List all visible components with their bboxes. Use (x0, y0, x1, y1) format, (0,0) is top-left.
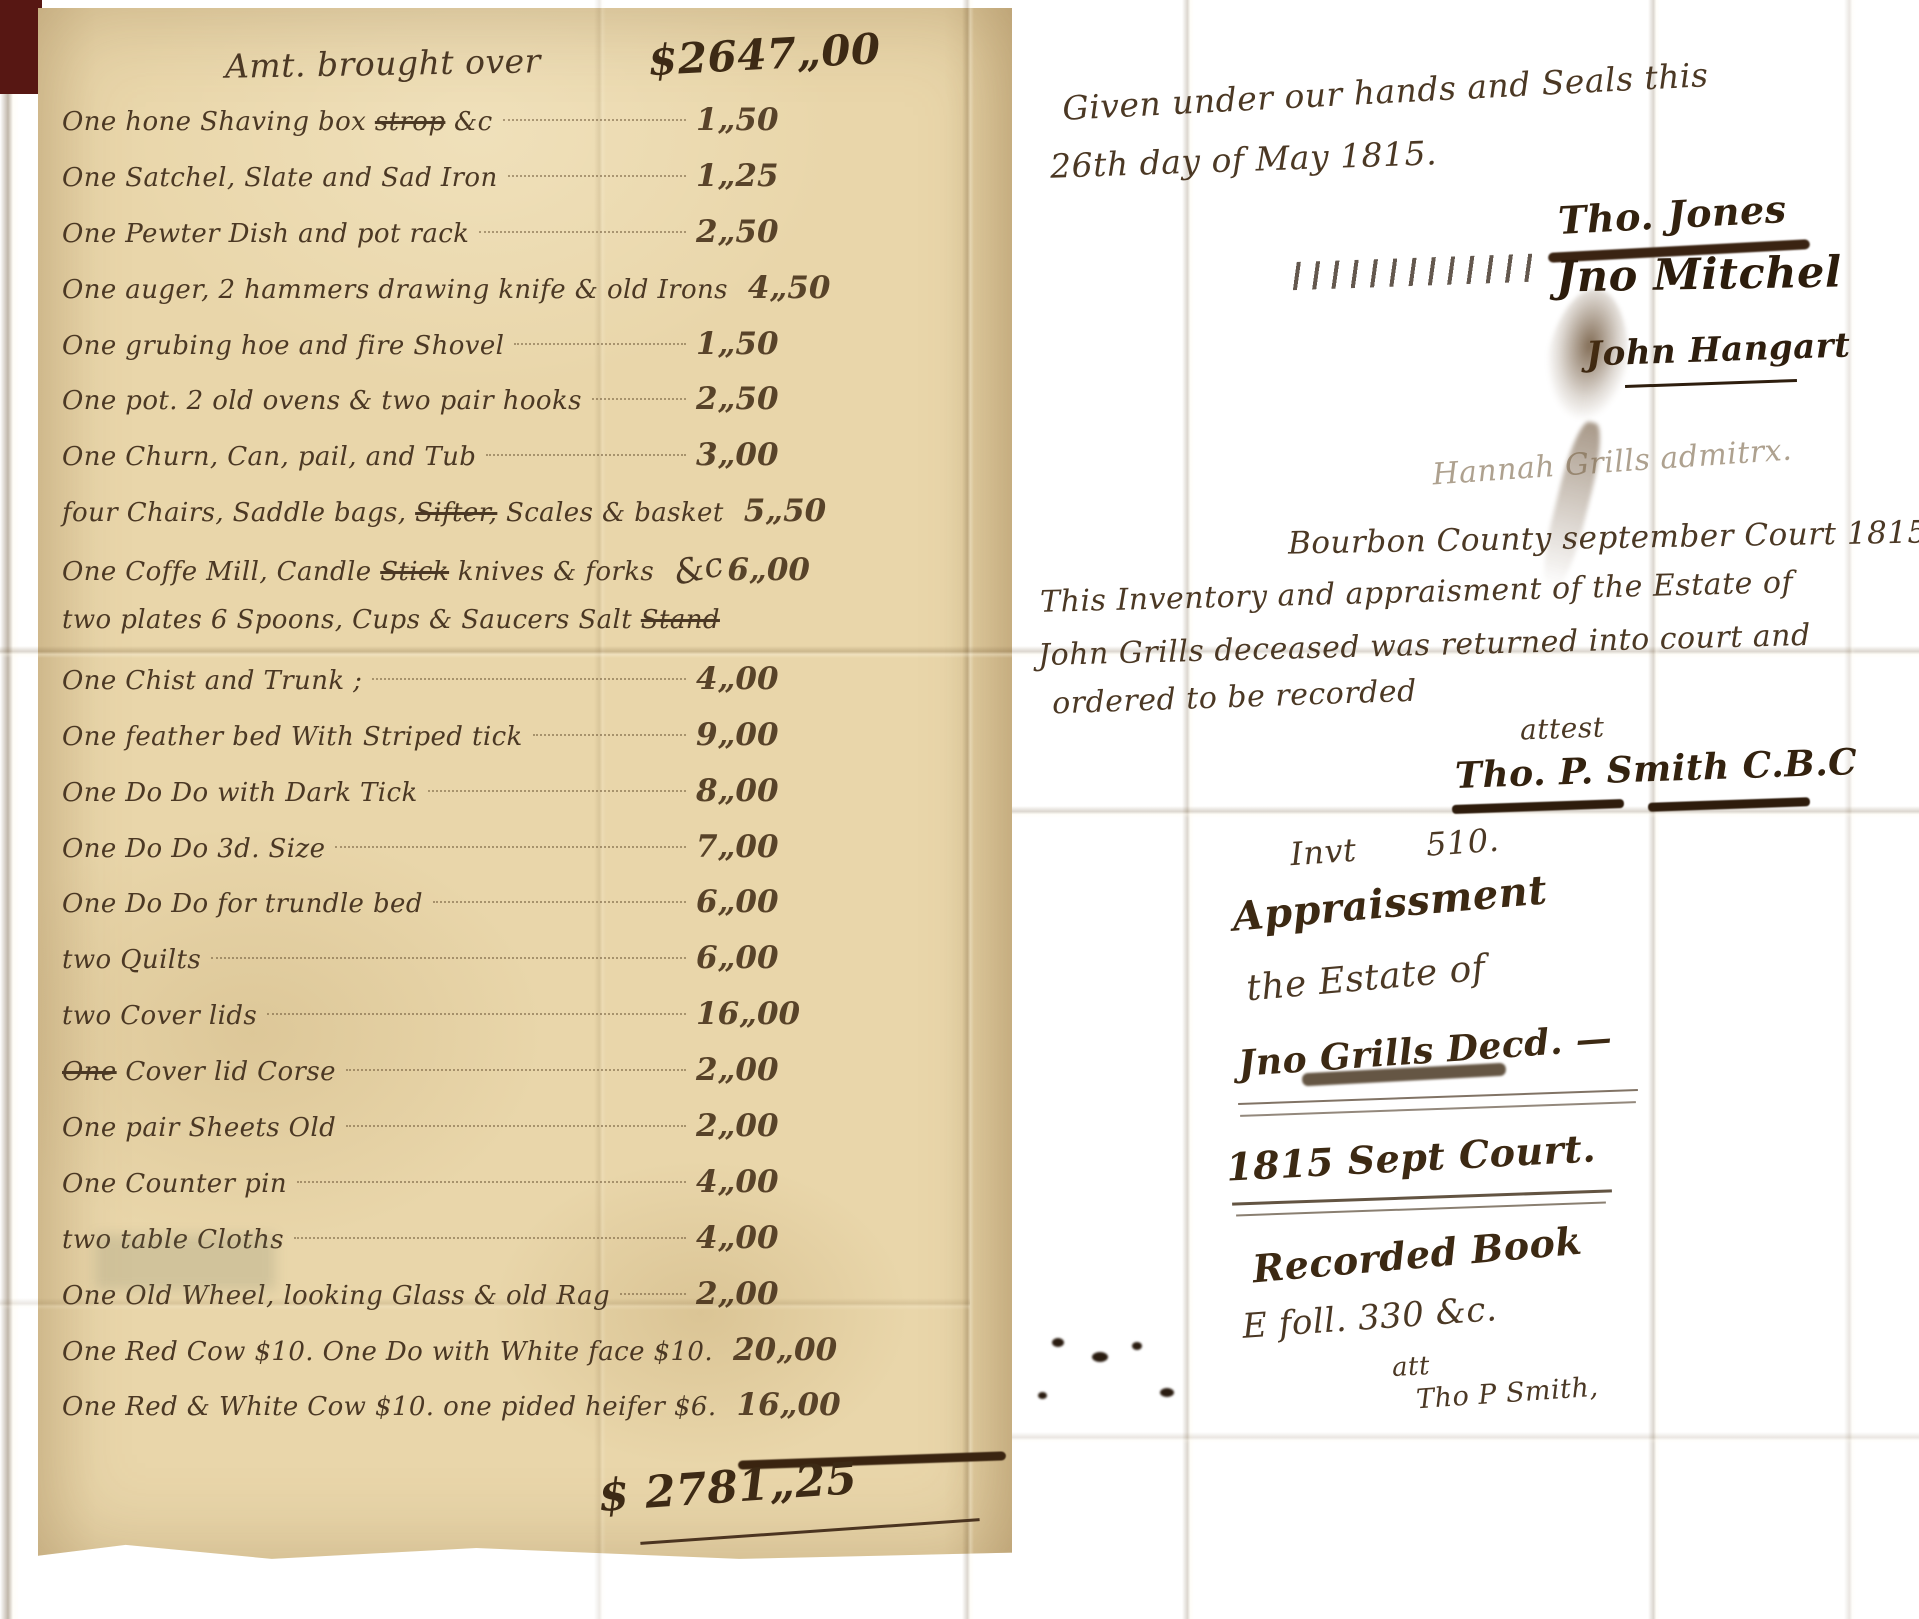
inventory-item-text: One grubing hoe and fire Shovel (62, 331, 504, 361)
inventory-amount: 2„00 (696, 1052, 814, 1088)
inventory-amount: 6„00 (727, 552, 845, 588)
dotted-leader (346, 1069, 686, 1071)
inventory-row: four Chairs, Saddle bags, Sifter, Scales… (62, 493, 814, 537)
inventory-amount: 2„00 (696, 1276, 814, 1312)
ink-spot (1092, 1352, 1108, 1362)
inventory-row: One feather bed With Striped tick9„00 (62, 717, 814, 761)
inventory-row: One Chist and Trunk ;4„00 (62, 661, 814, 705)
inventory-item-text: two Quilts (62, 945, 201, 975)
inventory-item-text: One Chist and Trunk ; (62, 666, 362, 696)
dotted-leader (533, 734, 686, 736)
inventory-amount: 6„00 (696, 884, 814, 920)
inventory-item-text: One hone Shaving box strop &c (62, 107, 493, 137)
dotted-leader (508, 175, 686, 177)
inventory-item-text: One pair Sheets Old (62, 1113, 336, 1143)
court-order-line-3: ordered to be recorded (1052, 674, 1418, 722)
fold-crease (1012, 1432, 1919, 1444)
inventory-item-text: One auger, 2 hammers drawing knife & old… (62, 275, 728, 305)
inventory-row: One Red Cow $10. One Do with White face … (62, 1332, 814, 1376)
inventory-amount: 4„00 (696, 1220, 814, 1256)
inventory-amount: 4„00 (696, 1164, 814, 1200)
inventory-amount: 7„00 (696, 829, 814, 865)
inventory-row: One Counter pin4„00 (62, 1164, 814, 1208)
inventory-amount: 20„00 (733, 1332, 851, 1368)
docket-att-signature: Tho P Smith, (1415, 1372, 1599, 1416)
inventory-row: One hone Shaving box strop &c1„50 (62, 102, 814, 146)
docket-att-label: att (1391, 1351, 1430, 1383)
inventory-row: One Coffe Mill, Candle Stick knives & fo… (62, 549, 814, 593)
inventory-item-text: One Do Do with Dark Tick (62, 778, 418, 808)
inventory-row: One Red & White Cow $10. one pided heife… (62, 1387, 814, 1431)
inventory-item-text: One Counter pin (62, 1169, 287, 1199)
inventory-item-text: One Churn, Can, pail, and Tub (62, 442, 476, 472)
dotted-leader (514, 343, 686, 345)
attestation-line-1: Given under our hands and Seals this (1061, 55, 1709, 128)
inventory-row: One Do Do 3d. Size7„00 (62, 829, 814, 873)
inventory-amount: 4„50 (748, 270, 866, 306)
etc-flourish: &c (670, 544, 727, 593)
dotted-leader (433, 901, 686, 903)
inventory-amount: 6„00 (696, 940, 814, 976)
inventory-row: two Cover lids16„00 (62, 996, 814, 1040)
fold-crease (962, 0, 974, 1619)
inventory-row: One grubing hoe and fire Shovel1„50 (62, 326, 814, 370)
inventory-item-text: One Red & White Cow $10. one pided heife… (62, 1392, 717, 1422)
dotted-leader (297, 1181, 686, 1183)
ink-spot (1038, 1392, 1047, 1399)
inventory-item-text: One Red Cow $10. One Do with White face … (62, 1337, 713, 1367)
court-order-line-1: This Inventory and appraisment of the Es… (1040, 565, 1794, 620)
ink-bleed-stain (95, 1235, 275, 1290)
ink-spot (1132, 1342, 1142, 1350)
inventory-row: One Do Do with Dark Tick8„00 (62, 773, 814, 817)
center-fold (0, 0, 20, 1619)
dotted-leader (620, 1293, 686, 1295)
inventory-item-text: two plates 6 Spoons, Cups & Saucers Salt… (62, 605, 720, 635)
docket-estate-line: the Estate of (1245, 948, 1487, 1010)
clerk-signature: Tho. P. Smith C.B.C (1454, 741, 1858, 797)
docket-ref-number: 510. (1425, 821, 1501, 864)
attestation-line-2: 26th day of May 1815. (1049, 133, 1437, 185)
inventory-amount: 8„00 (696, 773, 814, 809)
inventory-amount: 4„00 (696, 661, 814, 697)
dotted-leader (592, 398, 686, 400)
document-scan: Amt. brought over $2647„00 One hone Shav… (0, 0, 1919, 1619)
administratrix-note: Hannah Grills admitrx. (1431, 432, 1793, 492)
docket-recorded-line-2: E foll. 330 &c. (1241, 1289, 1499, 1347)
inventory-row: One auger, 2 hammers drawing knife & old… (62, 270, 814, 314)
inventory-item-text: One Satchel, Slate and Sad Iron (62, 163, 498, 193)
docket-title: Appraissment (1231, 866, 1549, 940)
docket-rule (1240, 1101, 1636, 1117)
dotted-leader (372, 678, 686, 680)
inventory-row: One Satchel, Slate and Sad Iron1„25 (62, 158, 814, 202)
docket-court-line: 1815 Sept Court. (1225, 1125, 1597, 1189)
dotted-leader (267, 1013, 686, 1015)
docket-ref-label: Invt (1289, 831, 1358, 874)
inventory-amount: 3„00 (696, 437, 814, 473)
inventory-item-text: two Cover lids (62, 1001, 257, 1031)
inventory-item-text: One Cover lid Corse (62, 1057, 336, 1087)
inventory-row: One pair Sheets Old2„00 (62, 1108, 814, 1152)
inventory-row: two plates 6 Spoons, Cups & Saucers Salt… (62, 605, 814, 649)
inventory-row: two Quilts6„00 (62, 940, 814, 984)
inventory-item-text: One Do Do for trundle bed (62, 889, 423, 919)
inventory-item-text: One Do Do 3d. Size (62, 834, 325, 864)
dotted-leader (346, 1125, 686, 1127)
dotted-leader (294, 1237, 686, 1239)
inventory-amount: 16„00 (696, 996, 814, 1032)
ink-spot (1160, 1388, 1174, 1397)
inventory-amount: 1„50 (696, 102, 814, 138)
inventory-row: One pot. 2 old ovens & two pair hooks2„5… (62, 381, 814, 425)
docket-rule (1236, 1202, 1606, 1217)
inventory-item-text: One Coffe Mill, Candle Stick knives & fo… (62, 557, 654, 587)
inventory-item-text: One feather bed With Striped tick (62, 722, 523, 752)
attest-label: attest (1519, 711, 1604, 747)
inventory-amount: 1„50 (696, 326, 814, 362)
scan-corner-shadow (0, 0, 42, 94)
dotted-leader (428, 790, 686, 792)
inventory-amount: 9„00 (696, 717, 814, 753)
inventory-amount: 5„50 (744, 493, 862, 529)
inventory-amount: 2„50 (696, 381, 814, 417)
inventory-row: One Cover lid Corse2„00 (62, 1052, 814, 1096)
brought-over-label: Amt. brought over (225, 41, 541, 86)
inventory-amount: 2„00 (696, 1108, 814, 1144)
docket-reference: Invt510. (1289, 821, 1501, 874)
signature-tho-jones: Tho. Jones (1557, 186, 1788, 243)
inventory-item-text: four Chairs, Saddle bags, Sifter, Scales… (62, 498, 724, 528)
court-heading: Bourbon County september Court 1815 (1288, 514, 1919, 561)
inventory-item-text: One Pewter Dish and pot rack (62, 219, 469, 249)
dotted-leader (335, 846, 686, 848)
dotted-leader (503, 119, 686, 121)
ink-scribble (1282, 254, 1541, 291)
inventory-item-text: One pot. 2 old ovens & two pair hooks (62, 386, 582, 416)
dotted-leader (479, 231, 686, 233)
inventory-row: One Do Do for trundle bed6„00 (62, 884, 814, 928)
dotted-leader (211, 957, 686, 959)
dotted-leader (486, 454, 686, 456)
docket-recorded-line-1: Recorded Book (1251, 1218, 1584, 1292)
inventory-amount: 2„50 (696, 214, 814, 250)
inventory-row: One Pewter Dish and pot rack2„50 (62, 214, 814, 258)
inventory-amount: 16„00 (737, 1387, 855, 1423)
inventory-amount: 1„25 (696, 158, 814, 194)
court-order-line-2: John Grills deceased was returned into c… (1038, 618, 1811, 673)
inventory-row: One Churn, Can, pail, and Tub3„00 (62, 437, 814, 481)
ink-spot (1052, 1338, 1064, 1347)
